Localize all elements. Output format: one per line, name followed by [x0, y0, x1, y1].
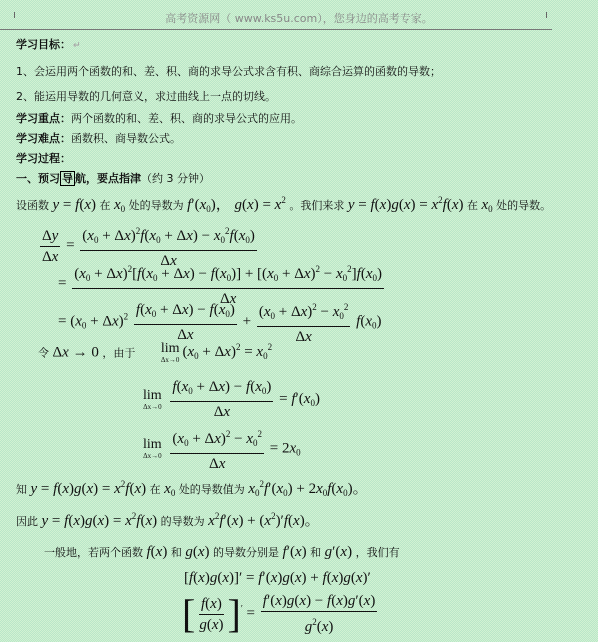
formula-limit-3: limΔx→0 (x0 + Δx)2 − x02Δx = 2x0	[143, 425, 301, 473]
formula-dx-to-0: Δx → 0	[53, 344, 99, 360]
difficulty-text: 函数积、商导数公式。	[71, 132, 181, 145]
general-text-3: ，我们有	[356, 546, 400, 559]
limit-line-1: 令 Δx → 0 ，由于 limΔx→0(x0 + Δx)2 = x02	[38, 342, 272, 364]
formula-gpx: g′(x)	[325, 544, 352, 560]
know-mid2: 处的导数值为	[179, 483, 245, 496]
general-text-2: 的导数分别是	[213, 546, 279, 559]
formula-therefore-result: x2f′(x) + (x2)′f(x)。	[208, 513, 320, 529]
formula-fpx: f′(x)	[283, 544, 307, 560]
goal-2: 2、能运用导数的几何意义，求过曲线上一点的切线。	[16, 88, 276, 104]
preview-heading: 一、预习导航，要点指津（约 3 分钟）	[16, 170, 210, 186]
paragraph-mark: ↵	[73, 41, 81, 51]
difficulty-label: 学习难点：	[16, 132, 71, 145]
let-text: 令	[38, 346, 49, 359]
intro-text-3: 处的导数为	[129, 199, 184, 212]
process-title: 学习过程：	[16, 150, 71, 166]
preview-boxed-char: 导	[60, 171, 75, 186]
since-text: ，由于	[102, 346, 135, 359]
formula-fprime-x0: f′(x0)， g(x) = x2	[187, 197, 286, 213]
formula-fx: f(x)	[147, 544, 168, 560]
key-text: 两个函数的和、差、积、商的求导公式的应用。	[71, 112, 302, 125]
formula-x0-b: x0	[481, 197, 492, 213]
therefore-line: 因此 y = f(x)g(x) = x2f(x) 的导数为 x2f′(x) + …	[16, 509, 320, 530]
general-text-1: 一般地，若两个函数	[44, 546, 143, 559]
header-rule-right	[490, 29, 552, 30]
intro-text-5: 在	[467, 199, 478, 212]
header-rule	[0, 29, 490, 30]
goals-title: 学习目标：↵	[16, 36, 81, 52]
formula-therefore-product: y = f(x)g(x) = x2f(x)	[42, 513, 158, 529]
derivation-step-3: = (x0 + Δx)2 f(x0 + Δx) − f(x0)Δx + (x0 …	[58, 298, 382, 346]
formula-limit-2: limΔx→0 f(x0 + Δx) − f(x0)Δx = f′(x0)	[143, 378, 320, 421]
preview-prefix: 一、预习	[16, 172, 60, 185]
preview-time: （约 3 分钟）	[141, 172, 210, 185]
preview-suffix: 航，要点指津	[75, 172, 141, 185]
goal-1: 1、会运用两个函数的和、差、积、商的求导公式求含有积、商综合运算的函数的导数；	[16, 63, 441, 79]
goals-title-text: 学习目标：	[16, 38, 71, 51]
intro-text-6: 处的导数。	[496, 199, 551, 212]
general-and-2: 和	[310, 546, 321, 559]
know-text: 知	[16, 483, 27, 496]
formula-gx: g(x)	[185, 544, 209, 560]
key-points: 学习重点：两个函数的和、差、积、商的求导公式的应用。	[16, 110, 302, 126]
general-and-1: 和	[171, 546, 182, 559]
formula-limit-1: limΔx→0(x0 + Δx)2 = x02	[161, 344, 272, 360]
intro-line: 设函数 y = f(x) 在 x0 处的导数为 f′(x0)， g(x) = x…	[16, 193, 551, 214]
general-line: 一般地，若两个函数 f(x) 和 g(x) 的导数分别是 f′(x) 和 g′(…	[44, 544, 400, 561]
know-mid: 在	[150, 483, 161, 496]
intro-text-2: 在	[99, 199, 110, 212]
formula-know-result: x02f′(x0) + 2x0f(x0)。	[248, 481, 367, 497]
key-label: 学习重点：	[16, 112, 71, 125]
page-header: 高考资源网（ www.ks5u.com），您身边的高考专家。	[0, 10, 598, 26]
formula-product: y = f(x)g(x) = x2f(x)	[348, 197, 464, 213]
therefore-mid: 的导数为	[161, 515, 205, 528]
intro-text-4: 。我们来求	[289, 199, 344, 212]
difficulty-points: 学习难点：函数积、商导数公式。	[16, 130, 181, 146]
product-rule: [f(x)g(x)]′ = f′(x)g(x) + f(x)g(x)′	[184, 570, 371, 587]
quotient-rule: [f(x)g(x)]′ = f′(x)g(x) − f(x)g′(x)g2(x)	[182, 592, 379, 636]
intro-text-1: 设函数	[16, 199, 49, 212]
formula-know-x0: x0	[164, 481, 175, 497]
therefore-text: 因此	[16, 515, 38, 528]
know-line: 知 y = f(x)g(x) = x2f(x) 在 x0 处的导数值为 x02f…	[16, 477, 368, 498]
formula-x0: x0	[114, 197, 125, 213]
formula-know-product: y = f(x)g(x) = x2f(x)	[31, 481, 147, 497]
formula-y-fx: y = f(x)	[53, 197, 96, 213]
